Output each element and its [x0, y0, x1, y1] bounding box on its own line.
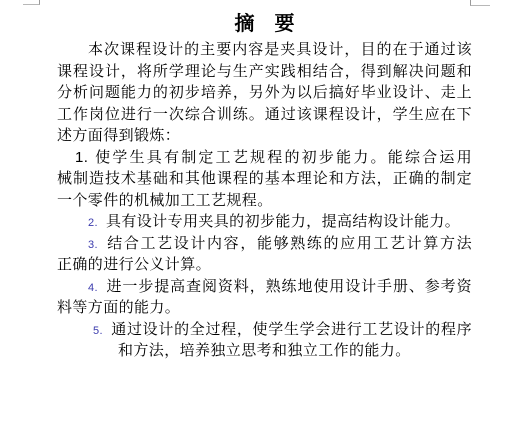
list-number: 3.: [88, 239, 98, 251]
document-page[interactable]: 摘 要 本次课程设计的主要内容是夹具设计，目的在于通过该 课程设计，将所学理论与…: [0, 0, 522, 423]
text-line: 分析问题能力的初步培养，另外为以后搞好毕业设计、走上: [57, 82, 472, 104]
list-number: 2.: [88, 217, 98, 229]
list-item-line: 4.进一步提高查阅资料，熟练地使用设计手册、参考资: [57, 276, 472, 298]
text-line: 和方法，培养独立思考和独立工作的能力。: [57, 340, 472, 362]
document-text-area: 摘 要 本次课程设计的主要内容是夹具设计，目的在于通过该 课程设计，将所学理论与…: [57, 12, 472, 362]
list-item-line: 3.结合工艺设计内容，能够熟练的应用工艺计算方法: [57, 233, 472, 255]
list-item-line: 5.通过设计的全过程，使学生学会进行工艺设计的程序: [57, 319, 472, 341]
text-line: 工作岗位进行一次综合训练。通过该课程设计，学生应在下: [57, 104, 472, 126]
list-number: 4.: [88, 282, 98, 294]
text-line: 课程设计，将所学理论与生产实践相结合，得到解决问题和: [57, 61, 472, 83]
list-item-text: 通过设计的全过程，使学生学会进行工艺设计的程序: [111, 321, 472, 338]
text-line: 械制造技术基础和其他课程的基本理论和方法，正确的制定: [57, 168, 472, 190]
document-title: 摘 要: [57, 12, 472, 36]
list-item-text: 使学生具有制定工艺规程的初步能力。能综合运用: [93, 149, 472, 166]
text-boundary-mark-top-right-icon: [470, 0, 490, 6]
list-item-text: 结合工艺设计内容，能够熟练的应用工艺计算方法: [106, 235, 472, 252]
list-item-text: 具有设计专用夹具的初步能力，提高结构设计能力。: [106, 213, 460, 230]
text-line: 一个零件的机械加工工艺规程。: [57, 190, 472, 212]
list-item-text: 进一步提高查阅资料，熟练地使用设计手册、参考资: [106, 278, 472, 295]
text-line: 正确的进行公义计算。: [57, 254, 472, 276]
list-number: 1.: [75, 149, 88, 166]
list-number: 5.: [93, 325, 103, 337]
text-line: 本次课程设计的主要内容是夹具设计，目的在于通过该: [57, 39, 472, 61]
text-line: 述方面得到锻炼：: [57, 125, 472, 147]
text-boundary-mark-top-left-icon: [23, 0, 40, 5]
list-item-line: 1.使学生具有制定工艺规程的初步能力。能综合运用: [57, 147, 472, 169]
list-item-line: 2.具有设计专用夹具的初步能力，提高结构设计能力。: [57, 211, 472, 233]
text-line: 料等方面的能力。: [57, 297, 472, 319]
